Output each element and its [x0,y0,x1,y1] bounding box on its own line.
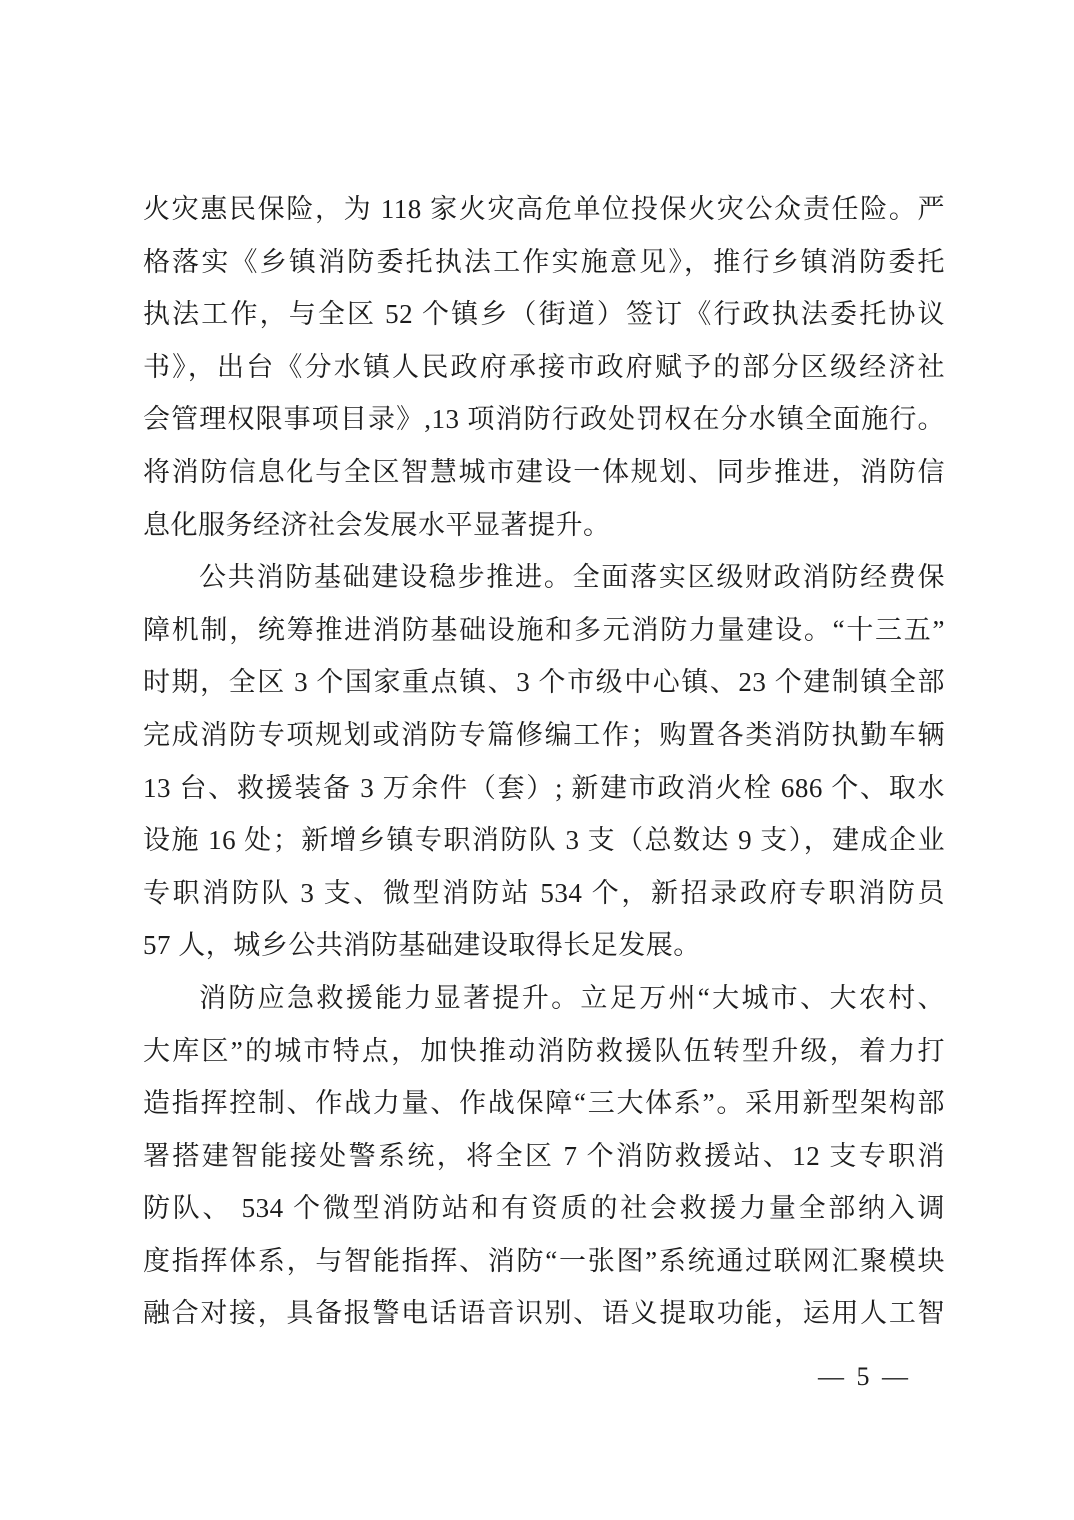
text-line: 设施 16 处；新增乡镇专职消防队 3 支（总数达 9 支），建成企业 [143,814,945,867]
text-line: 会管理权限事项目录》,13 项消防行政处罚权在分水镇全面施行。 [143,393,945,446]
text-line: 13 台、救援装备 3 万余件（套）; 新建市政消火栓 686 个、取水 [143,762,945,815]
text-line: 造指挥控制、作战力量、作战保障“三大体系”。采用新型架构部 [143,1077,945,1130]
text-line: 公共消防基础建设稳步推进。全面落实区级财政消防经费保 [143,551,945,604]
text-line: 执法工作，与全区 52 个镇乡（街道）签订《行政执法委托协议 [143,288,945,341]
text-line: 消防应急救援能力显著提升。立足万州“大城市、大农村、 [143,972,945,1025]
text-line: 防队、 534 个微型消防站和有资质的社会救援力量全部纳入调 [143,1182,945,1235]
text-line: 时期，全区 3 个国家重点镇、3 个市级中心镇、23 个建制镇全部 [143,656,945,709]
text-line: 大库区”的城市特点，加快推动消防救援队伍转型升级，着力打 [143,1025,945,1078]
page-number: — 5 — [818,1360,911,1394]
document-page: 火灾惠民保险，为 118 家火灾高危单位投保火灾公众责任险。严格落实《乡镇消防委… [0,0,1074,1520]
text-line: 将消防信息化与全区智慧城市建设一体规划、同步推进，消防信 [143,446,945,499]
text-line: 火灾惠民保险，为 118 家火灾高危单位投保火灾公众责任险。严 [143,183,945,236]
paragraph-3: 消防应急救援能力显著提升。立足万州“大城市、大农村、大库区”的城市特点，加快推动… [143,972,945,1340]
text-line: 融合对接，具备报警电话语音识别、语义提取功能，运用人工智 [143,1287,945,1340]
text-line: 书》，出台《分水镇人民政府承接市政府赋予的部分区级经济社 [143,341,945,394]
paragraph-2: 公共消防基础建设稳步推进。全面落实区级财政消防经费保障机制，统筹推进消防基础设施… [143,551,945,972]
text-line: 格落实《乡镇消防委托执法工作实施意见》，推行乡镇消防委托 [143,236,945,289]
paragraph-1: 火灾惠民保险，为 118 家火灾高危单位投保火灾公众责任险。严格落实《乡镇消防委… [143,183,945,551]
document-body: 火灾惠民保险，为 118 家火灾高危单位投保火灾公众责任险。严格落实《乡镇消防委… [143,183,945,1340]
text-line: 障机制，统筹推进消防基础设施和多元消防力量建设。“十三五” [143,604,945,657]
text-line: 署搭建智能接处警系统，将全区 7 个消防救援站、12 支专职消 [143,1130,945,1183]
text-line: 57 人，城乡公共消防基础建设取得长足发展。 [143,919,945,972]
text-line: 专职消防队 3 支、微型消防站 534 个，新招录政府专职消防员 [143,867,945,920]
text-line: 完成消防专项规划或消防专篇修编工作；购置各类消防执勤车辆 [143,709,945,762]
text-line: 息化服务经济社会发展水平显著提升。 [143,499,945,552]
text-line: 度指挥体系，与智能指挥、消防“一张图”系统通过联网汇聚模块 [143,1235,945,1288]
